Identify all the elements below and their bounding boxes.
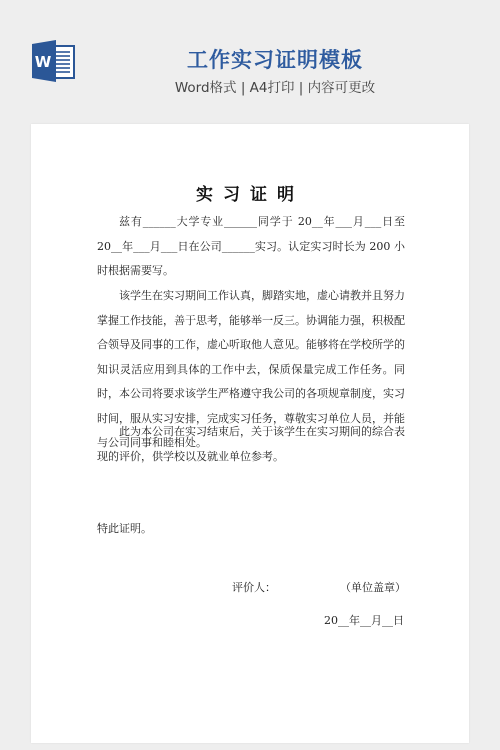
template-subtitle: Word格式 | A4打印 | 内容可更改 [150, 76, 400, 96]
word-document-icon: W [32, 40, 77, 82]
svg-text:W: W [35, 53, 52, 71]
document-page: 实习证明 兹有______大学专业______同学于 20__年___月___日… [31, 124, 469, 743]
closing-statement: 特此证明。 [97, 520, 152, 536]
template-title: 工作实习证明模板 [150, 44, 400, 74]
document-title: 实习证明 [31, 180, 469, 205]
seal-label: （单位盖章） [340, 579, 406, 595]
template-header: W 工作实习证明模板 Word格式 | A4打印 | 内容可更改 [0, 0, 500, 120]
paragraph-intro: 兹有______大学专业______同学于 20__年___月___日至 20_… [97, 210, 405, 284]
date-line: 20__年__月__日 [324, 612, 404, 628]
paragraph-evaluation: 此为本公司在实习结束后，关于该学生在实习期间的综合表现的评价，供学校以及就业单位… [97, 420, 405, 469]
document-content: 实习证明 兹有______大学专业______同学于 20__年___月___日… [31, 124, 469, 743]
evaluator-label: 评价人： [232, 579, 276, 595]
